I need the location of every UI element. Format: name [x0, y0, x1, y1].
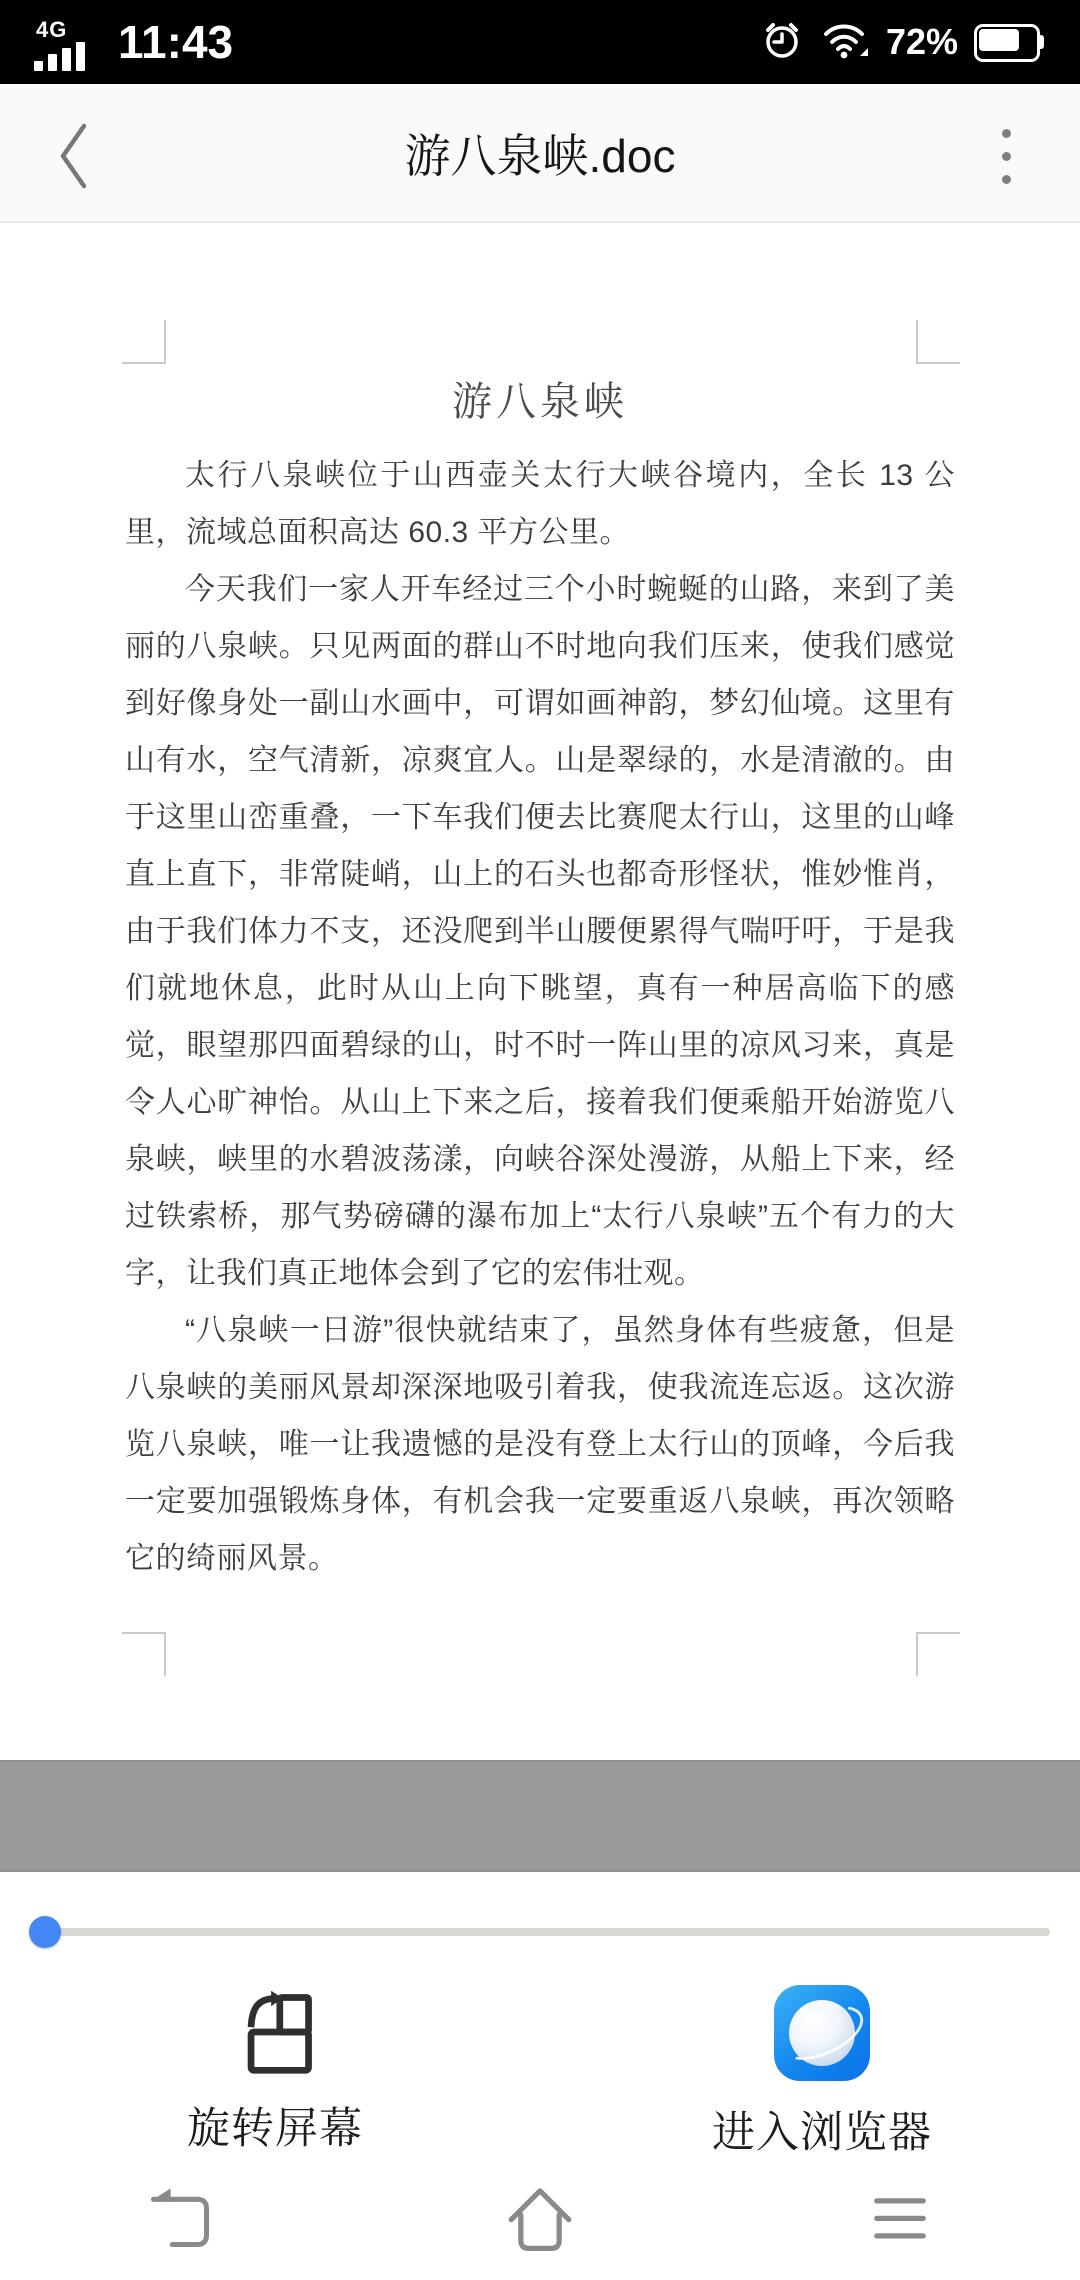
alarm-clock-icon: [760, 18, 804, 67]
document-title: 游八泉峡.doc: [0, 120, 1080, 186]
nav-home-button[interactable]: [360, 2156, 720, 2280]
android-navigation-bar: [0, 2156, 1080, 2280]
next-page-preview-strip: [0, 1760, 1080, 1872]
nav-home-icon: [500, 2178, 580, 2258]
essay-title: 游八泉峡: [125, 371, 955, 433]
chevron-left-icon: [53, 116, 93, 196]
page-corner-mark: [122, 320, 166, 364]
nav-back-button[interactable]: [0, 2156, 360, 2280]
nav-menu-button[interactable]: [720, 2156, 1080, 2280]
essay-paragraph: 今天我们一家人开车经过三个小时蜿蜒的山路，来到了美丽的八泉峡。只见两面的群山不时…: [125, 561, 955, 1302]
wifi-icon: [820, 18, 870, 67]
document-page: 游八泉峡 太行八泉峡位于山西壶关太行大峡谷境内，全长 13 公里，流域总面积高达…: [125, 371, 955, 1587]
open-in-browser-button[interactable]: 进入浏览器: [642, 1985, 1002, 2160]
status-left: 4G 11:43: [34, 11, 233, 73]
essay-paragraph: 太行八泉峡位于山西壶关太行大峡谷境内，全长 13 公里，流域总面积高达 60.3…: [125, 447, 955, 561]
status-right: 72%: [760, 18, 1046, 67]
page-corner-mark: [122, 1632, 166, 1676]
signal-bars-icon: [34, 42, 85, 71]
nav-back-icon: [141, 2179, 219, 2257]
rotate-screen-label: 旋转屏幕: [187, 2095, 363, 2156]
battery-icon: [974, 24, 1046, 60]
page-corner-mark: [916, 320, 960, 364]
page-progress-slider[interactable]: [0, 1900, 1080, 1964]
open-in-browser-label: 进入浏览器: [712, 2099, 932, 2160]
browser-app-icon: [774, 1985, 870, 2081]
document-view[interactable]: 游八泉峡 太行八泉峡位于山西壶关太行大峡谷境内，全长 13 公里，流域总面积高达…: [0, 223, 1080, 1760]
page-corner-mark: [916, 1632, 960, 1676]
status-bar: 4G 11:43: [0, 0, 1080, 84]
phone-screen: 4G 11:43: [0, 0, 1080, 2280]
network-type-label: 4G: [36, 17, 67, 43]
overflow-menu-button[interactable]: [976, 114, 1036, 198]
title-bar: 游八泉峡.doc: [0, 84, 1080, 223]
slider-thumb[interactable]: [29, 1916, 61, 1948]
clock-time: 11:43: [118, 11, 233, 73]
signal-strength-icon: 4G: [34, 17, 100, 73]
battery-percent-label: 72%: [886, 21, 958, 63]
back-button[interactable]: [38, 116, 108, 196]
vertical-dots-icon: [1002, 129, 1011, 138]
slider-track[interactable]: [30, 1928, 1050, 1936]
rotate-screen-button[interactable]: 旋转屏幕: [95, 1985, 455, 2156]
essay-paragraph: “八泉峡一日游”很快就结束了，虽然身体有些疲惫，但是八泉峡的美丽风景却深深地吸引…: [125, 1302, 955, 1587]
action-bar: 旋转屏幕 进入浏览器: [0, 1985, 1080, 2165]
nav-menu-icon: [862, 2180, 938, 2256]
rotate-screen-icon: [227, 1985, 323, 2077]
